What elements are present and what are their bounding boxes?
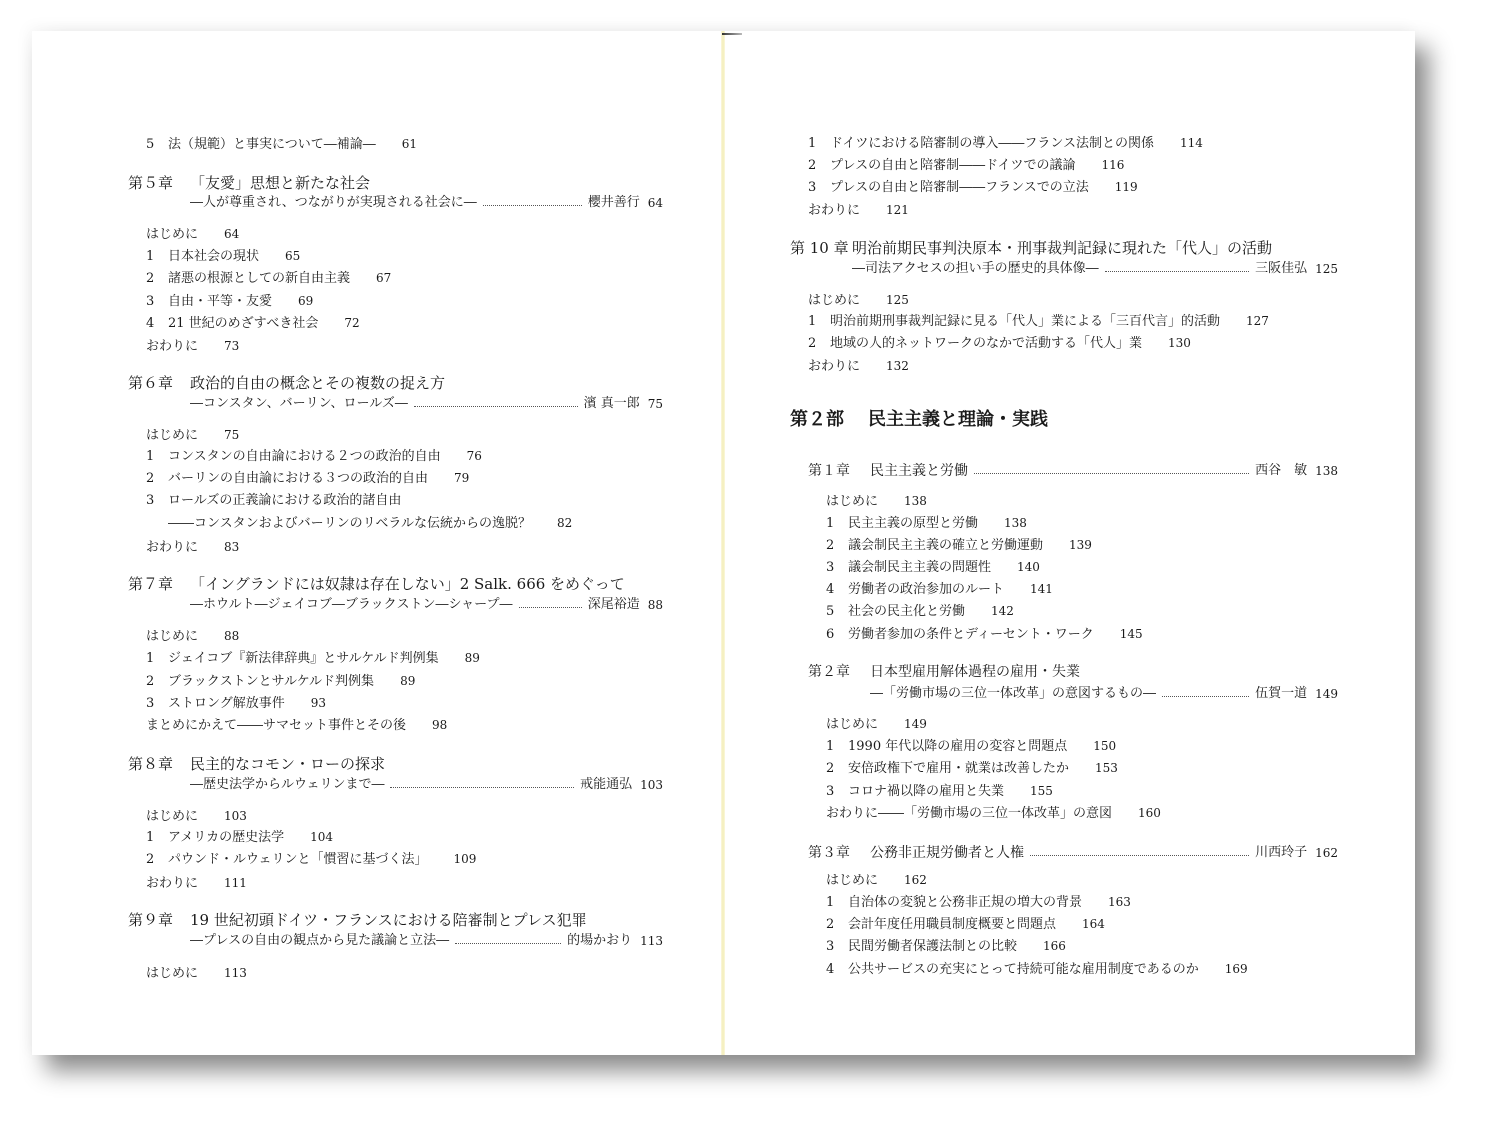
section-number: 5	[826, 603, 848, 621]
chapter-label: 第８章	[128, 754, 190, 774]
section-number: 4	[146, 315, 168, 333]
page-number: 164	[1082, 915, 1105, 933]
part-title: 民主主義と理論・実践	[868, 409, 1048, 430]
section-number: 4	[826, 961, 848, 979]
section-title: 民主主義の原型と労働	[848, 516, 978, 531]
chapter-title: 政治的自由の概念とその複数の捉え方	[190, 374, 445, 392]
chapter-10-subtitle: ―司法アクセスの担い手の歴史的具体像―三阪佳弘125	[852, 260, 1338, 278]
section-number: 2	[146, 470, 168, 488]
page-number: 104	[310, 828, 333, 846]
page-number: 109	[453, 850, 476, 868]
page-number: 138	[1004, 514, 1027, 532]
section-title: はじめに	[146, 428, 198, 443]
section-title: 民間労働者保護法制との比較	[848, 939, 1017, 954]
page-number: 64	[224, 225, 239, 243]
toc-section[interactable]: おわりに73	[128, 337, 239, 356]
toc-section[interactable]: はじめに125	[790, 291, 909, 310]
part2-chapter-2-subtitle: ―「労働市場の三位一体改革」の意図するもの―伍賀一道149	[870, 685, 1338, 703]
right-page: 1ドイツにおける陪審制の導入――フランス法制との関係114 2プレスの自由と陪審…	[790, 31, 1338, 1055]
chapter-label: 第７章	[128, 574, 190, 594]
page-number: 79	[454, 469, 469, 487]
toc-section[interactable]: 3プレスの自由と陪審制――フランスでの立法119	[790, 178, 1138, 197]
toc-section[interactable]: 1明治前期刑事裁判記録に見る「代人」業による「三百代言」的活動127	[790, 312, 1269, 331]
section-number: 3	[146, 695, 168, 713]
section-number: 6	[826, 626, 848, 644]
chapter-subtitle: ―司法アクセスの担い手の歴史的具体像―	[852, 260, 1099, 278]
left-page: 5法（規範）と事実について―補論―61 第５章「友愛」思想と新たな社会 ―人が尊…	[128, 31, 663, 1055]
part2-chapter-2-title[interactable]: 第２章日本型雇用解体過程の雇用・失業	[808, 662, 1080, 682]
toc-section[interactable]: おわりに132	[790, 357, 909, 376]
section-title: はじめに	[826, 873, 878, 888]
chapter-subtitle: ―人が尊重され、つながりが実現される社会に―	[190, 194, 477, 212]
section-title: おわりに	[146, 339, 198, 354]
section-title: おわりに	[146, 540, 198, 555]
chapter-page: 125	[1315, 260, 1338, 278]
section-number: 2	[146, 673, 168, 691]
section-number: 1	[146, 650, 168, 668]
section-number: 4	[826, 581, 848, 599]
page-number: 140	[1017, 558, 1040, 576]
section-title: バーリンの自由論における３つの政治的自由	[168, 471, 428, 486]
page-number: 166	[1043, 937, 1066, 955]
part-2-heading[interactable]: 第２部民主主義と理論・実践	[790, 408, 1048, 432]
section-title: コンスタンの自由論における２つの政治的自由	[168, 449, 441, 464]
page-number: 150	[1093, 737, 1116, 755]
toc-section[interactable]: 3ロールズの正義論における政治的諸自由	[128, 492, 401, 510]
chapter-8-title[interactable]: 第８章民主的なコモン・ローの探求	[128, 754, 385, 774]
page-number: 75	[224, 426, 239, 444]
page-number: 160	[1138, 804, 1161, 822]
section-number: 2	[826, 916, 848, 934]
section-title: ブラックストンとサルケルド判例集	[168, 674, 374, 689]
section-number: 1	[808, 313, 830, 331]
toc-section[interactable]: 4労働者の政治参加のルート141	[808, 580, 1053, 599]
chapter-page: 138	[1315, 461, 1338, 481]
section-title: はじめに	[146, 227, 198, 242]
toc-section[interactable]: おわりに83	[128, 538, 239, 557]
chapter-title: 公務非正規労働者と人権	[870, 843, 1024, 863]
page-number: 76	[467, 447, 482, 465]
page-number: 82	[557, 514, 572, 532]
toc-section[interactable]: 2会計年度任用職員制度概要と問題点164	[808, 915, 1105, 934]
chapter-page: 75	[648, 395, 663, 413]
chapter-title: 民主主義と労働	[870, 461, 968, 481]
chapter-9-subtitle: ―プレスの自由の観点から見た議論と立法―的場かおり113	[190, 932, 663, 950]
toc-section[interactable]: はじめに75	[128, 426, 239, 445]
toc-section[interactable]: 11990 年代以降の雇用の変容と問題点150	[808, 737, 1116, 756]
page-number: 111	[224, 874, 247, 892]
chapter-subtitle: ―ホウルト―ジェイコブ―ブラックストン―シャープ―	[190, 596, 513, 614]
section-number: 1	[146, 829, 168, 847]
section-title: 諸悪の根源としての新自由主義	[168, 271, 350, 286]
section-number: 1	[826, 515, 848, 533]
chapter-label: 第６章	[128, 373, 190, 393]
section-title: 日本社会の現状	[168, 249, 259, 264]
page-number: 72	[344, 314, 359, 332]
section-number: 1	[808, 135, 830, 153]
section-title: ロールズの正義論における政治的諸自由	[168, 493, 401, 508]
section-title: 21 世紀のめざすべき社会	[168, 316, 318, 331]
toc-section[interactable]: 1日本社会の現状65	[128, 247, 300, 266]
chapter-page: 64	[648, 194, 663, 212]
toc-section[interactable]: 2議会制民主主義の確立と労働運動139	[808, 536, 1092, 555]
section-title: 議会制民主主義の問題性	[848, 560, 991, 575]
chapter-label: 第 10 章	[790, 238, 852, 258]
chapter-author: 濱 真一郎	[584, 395, 640, 413]
book-spread: 5法（規範）と事実について―補論―61 第５章「友愛」思想と新たな社会 ―人が尊…	[32, 31, 1415, 1055]
section-number: 2	[146, 270, 168, 288]
toc-section[interactable]: 1アメリカの歴史法学104	[128, 828, 333, 847]
chapter-7-subtitle: ―ホウルト―ジェイコブ―ブラックストン―シャープ―深尾裕造88	[190, 596, 663, 614]
page-number: 69	[298, 292, 313, 310]
chapter-author: 三阪佳弘	[1255, 260, 1307, 278]
page-number: 132	[886, 357, 909, 375]
toc-section[interactable]: 1ジェイコブ『新法律辞典』とサルケルド判例集89	[128, 649, 480, 668]
section-title: はじめに	[146, 809, 198, 824]
toc-section[interactable]: 2ブラックストンとサルケルド判例集89	[128, 672, 415, 691]
leader-dots	[974, 473, 1249, 474]
page-number: 141	[1030, 580, 1053, 598]
section-title: 労働者参加の条件とディーセント・ワーク	[848, 627, 1094, 642]
chapter-title: 19 世紀初頭ドイツ・フランスにおける陪審制とプレス犯罪	[190, 911, 587, 929]
section-title: 法（規範）と事実について―補論―	[168, 137, 376, 152]
chapter-8-subtitle: ―歴史法学からルウェリンまで―戒能通弘103	[190, 776, 663, 794]
section-number: 3	[826, 783, 848, 801]
section-number: 1	[826, 738, 848, 756]
toc-section[interactable]: 1自治体の変貌と公務非正規の増大の背景163	[808, 893, 1131, 912]
section-title: はじめに	[826, 494, 878, 509]
section-title: アメリカの歴史法学	[168, 830, 284, 845]
section-title: プレスの自由と陪審制――フランスでの立法	[830, 180, 1089, 195]
page-number: 89	[465, 649, 480, 667]
gutter-mark	[722, 33, 742, 35]
section-title: 公共サービスの充実にとって持続可能な雇用制度であるのか	[848, 962, 1199, 977]
chapter-5-subtitle: ―人が尊重され、つながりが実現される社会に―櫻井善行64	[190, 194, 663, 212]
section-number: 3	[826, 559, 848, 577]
toc-section[interactable]: 2プレスの自由と陪審制――ドイツでの議論116	[790, 156, 1124, 175]
section-title: ――コンスタンおよびバーリンのリベラルな伝統からの逸脱？	[168, 516, 531, 531]
toc-section[interactable]: 3自由・平等・友愛69	[128, 292, 313, 311]
page-number: 113	[224, 964, 247, 982]
section-title: ジェイコブ『新法律辞典』とサルケルド判例集	[168, 651, 439, 666]
section-title: 会計年度任用職員制度概要と問題点	[848, 917, 1056, 932]
toc-section[interactable]: 2バーリンの自由論における３つの政治的自由79	[128, 469, 469, 488]
section-title: ストロング解放事件	[168, 696, 285, 711]
section-title: おわりに――「労働市場の三位一体改革」の意図	[826, 806, 1112, 821]
toc-section[interactable]: 2パウンド・ルウェリンと「慣習に基づく法」109	[128, 850, 476, 869]
page-number: 163	[1108, 893, 1131, 911]
page-number: 98	[432, 716, 447, 734]
section-title: はじめに	[826, 717, 878, 732]
toc-section[interactable]: おわりに111	[128, 874, 247, 893]
section-number: 1	[146, 248, 168, 266]
leader-dots	[1030, 855, 1249, 856]
toc-section[interactable]: 1コンスタンの自由論における２つの政治的自由76	[128, 447, 482, 466]
toc-section[interactable]: 6労働者参加の条件とディーセント・ワーク145	[808, 625, 1143, 644]
leader-dots	[519, 607, 582, 608]
chapter-author: 川西玲子	[1255, 843, 1307, 863]
toc-section[interactable]: 5社会の民主化と労働142	[808, 602, 1014, 621]
chapter-page: 162	[1315, 843, 1338, 863]
toc-section[interactable]: 1民主主義の原型と労働138	[808, 514, 1027, 533]
section-number: 2	[826, 537, 848, 555]
section-title: プレスの自由と陪審制――ドイツでの議論	[830, 158, 1075, 173]
section-number: 5	[146, 136, 168, 154]
toc-section[interactable]: おわりに121	[790, 201, 909, 220]
section-title: パウンド・ルウェリンと「慣習に基づく法」	[168, 852, 427, 867]
section-title: 自治体の変貌と公務非正規の増大の背景	[848, 895, 1082, 910]
page-number: 155	[1030, 782, 1053, 800]
chapter-7-title[interactable]: 第７章「イングランドには奴隷は存在しない」2 Salk. 666 をめぐって	[128, 574, 625, 594]
page-number: 89	[400, 672, 415, 690]
section-title: おわりに	[808, 203, 860, 218]
page-number: 138	[904, 492, 927, 510]
chapter-label: 第５章	[128, 173, 190, 193]
leader-dots	[455, 943, 561, 944]
toc-section[interactable]: 4公共サービスの充実にとって持続可能な雇用制度であるのか169	[808, 960, 1248, 979]
page-number: 149	[904, 715, 927, 733]
chapter-label: 第９章	[128, 910, 190, 930]
section-number: 2	[808, 157, 830, 175]
toc-section[interactable]: 3コロナ禍以降の雇用と失業155	[808, 782, 1053, 801]
chapter-page: 103	[640, 776, 663, 794]
leader-dots	[390, 787, 574, 788]
toc-section[interactable]: はじめに103	[128, 807, 247, 826]
page-number: 139	[1069, 536, 1092, 554]
toc-section-continuation[interactable]: ――コンスタンおよびバーリンのリベラルな伝統からの逸脱？82	[128, 514, 572, 533]
section-title: 明治前期刑事裁判記録に見る「代人」業による「三百代言」的活動	[830, 314, 1220, 329]
toc-section[interactable]: 421 世紀のめざすべき社会72	[128, 314, 360, 333]
page-number: 65	[285, 247, 300, 265]
section-number: 3	[808, 179, 830, 197]
page-number: 142	[991, 602, 1014, 620]
page-number: 169	[1225, 960, 1248, 978]
page-number: 145	[1120, 625, 1143, 643]
chapter-label: 第１章	[808, 461, 870, 481]
part-label: 第２部	[790, 408, 868, 432]
section-title: まとめにかえて――サマセット事件とその後	[146, 718, 406, 733]
toc-section[interactable]: はじめに88	[128, 627, 239, 646]
part2-chapter-1-title[interactable]: 第１章民主主義と労働西谷 敏138	[808, 461, 1338, 481]
page-gutter	[721, 31, 725, 1055]
section-title: 社会の民主化と労働	[848, 604, 965, 619]
section-title: 地域の人的ネットワークのなかで活動する「代人」業	[830, 336, 1142, 351]
chapter-subtitle: ―歴史法学からルウェリンまで―	[190, 776, 384, 794]
chapter-author: 伍賀一道	[1255, 685, 1307, 703]
section-title: ドイツにおける陪審制の導入――フランス法制との関係	[830, 136, 1154, 151]
chapter-6-subtitle: ―コンスタン、バーリン、ロールズ―濱 真一郎75	[190, 395, 663, 413]
page-number: 61	[402, 135, 417, 153]
toc-section[interactable]: 1ドイツにおける陪審制の導入――フランス法制との関係114	[790, 134, 1203, 153]
chapter-author: 西谷 敏	[1255, 461, 1307, 481]
toc-section[interactable]: はじめに64	[128, 225, 239, 244]
toc-section[interactable]: はじめに162	[808, 871, 927, 890]
chapter-subtitle: ―コンスタン、バーリン、ロールズ―	[190, 395, 408, 413]
section-title: 議会制民主主義の確立と労働運動	[848, 538, 1043, 553]
section-title: 労働者の政治参加のルート	[848, 582, 1004, 597]
toc-section[interactable]: 2諸悪の根源としての新自由主義67	[128, 269, 391, 288]
section-number: 3	[146, 293, 168, 311]
toc-section[interactable]: はじめに149	[808, 715, 927, 734]
leader-dots	[1105, 271, 1249, 272]
page-number: 162	[904, 871, 927, 889]
section-title: はじめに	[146, 966, 198, 981]
toc-section[interactable]: はじめに138	[808, 492, 927, 511]
section-number: 2	[826, 760, 848, 778]
section-title: 自由・平等・友愛	[168, 294, 272, 309]
page-number: 67	[376, 269, 391, 287]
page-number: 88	[224, 627, 239, 645]
page-number: 116	[1101, 156, 1124, 174]
page-number: 83	[224, 538, 239, 556]
leader-dots	[1162, 696, 1249, 697]
page-number: 119	[1115, 178, 1138, 196]
chapter-author: 戒能通弘	[580, 776, 632, 794]
chapter-subtitle: ―プレスの自由の観点から見た議論と立法―	[190, 932, 449, 950]
chapter-title: 民主的なコモン・ローの探求	[190, 755, 385, 773]
chapter-6-title[interactable]: 第６章政治的自由の概念とその複数の捉え方	[128, 373, 445, 393]
chapter-9-title[interactable]: 第９章19 世紀初頭ドイツ・フランスにおける陪審制とプレス犯罪	[128, 910, 587, 930]
leader-dots	[414, 406, 578, 407]
page-number: 93	[311, 694, 326, 712]
chapter-title: 日本型雇用解体過程の雇用・失業	[870, 664, 1080, 680]
chapter-author: 櫻井善行	[588, 194, 640, 212]
section-number: 2	[146, 851, 168, 869]
section-number: 1	[826, 894, 848, 912]
section-title: コロナ禍以降の雇用と失業	[848, 784, 1004, 799]
page-number: 127	[1246, 312, 1269, 330]
chapter-title: 明治前期民事判決原本・刑事裁判記録に現れた「代人」の活動	[852, 239, 1272, 257]
page-number: 103	[224, 807, 247, 825]
chapter-title: 「イングランドには奴隷は存在しない」2 Salk. 666 をめぐって	[190, 575, 625, 593]
chapter-10-title[interactable]: 第 10 章明治前期民事判決原本・刑事裁判記録に現れた「代人」の活動	[790, 238, 1272, 258]
toc-section[interactable]: 3民間労働者保護法制との比較166	[808, 937, 1066, 956]
toc-section[interactable]: 3ストロング解放事件93	[128, 694, 326, 713]
toc-section[interactable]: 2地域の人的ネットワークのなかで活動する「代人」業130	[790, 334, 1191, 353]
section-title: 安倍政権下で雇用・就業は改善したか	[848, 761, 1069, 776]
chapter-5-title[interactable]: 第５章「友愛」思想と新たな社会	[128, 173, 370, 193]
section-number: 1	[146, 448, 168, 466]
toc-section[interactable]: まとめにかえて――サマセット事件とその後98	[128, 716, 447, 735]
page-number: 130	[1168, 334, 1191, 352]
toc-section[interactable]: おわりに――「労働市場の三位一体改革」の意図160	[808, 804, 1161, 823]
section-title: おわりに	[808, 359, 860, 374]
chapter-label: 第３章	[808, 843, 870, 863]
chapter-author: 深尾裕造	[588, 596, 640, 614]
section-title: はじめに	[146, 629, 198, 644]
toc-section[interactable]: 5法（規範）と事実について―補論―61	[128, 135, 417, 154]
page-number: 114	[1180, 134, 1203, 152]
page-number: 125	[886, 291, 909, 309]
chapter-author: 的場かおり	[567, 932, 632, 950]
part2-chapter-3-title[interactable]: 第３章公務非正規労働者と人権川西玲子162	[808, 843, 1338, 863]
chapter-page: 113	[640, 932, 663, 950]
chapter-title: 「友愛」思想と新たな社会	[190, 174, 370, 192]
toc-section[interactable]: 2安倍政権下で雇用・就業は改善したか153	[808, 759, 1118, 778]
section-title: はじめに	[808, 293, 860, 308]
chapter-subtitle: ―「労働市場の三位一体改革」の意図するもの―	[870, 685, 1156, 703]
page-number: 121	[886, 201, 909, 219]
toc-section[interactable]: 3議会制民主主義の問題性140	[808, 558, 1040, 577]
section-number: 3	[146, 492, 168, 510]
leader-dots	[483, 205, 582, 206]
page-number: 73	[224, 337, 239, 355]
chapter-page: 88	[648, 596, 663, 614]
section-title: おわりに	[146, 876, 198, 891]
toc-section[interactable]: はじめに113	[128, 964, 247, 983]
section-title: 1990 年代以降の雇用の変容と問題点	[848, 739, 1067, 754]
section-number: 2	[808, 335, 830, 353]
section-number: 3	[826, 938, 848, 956]
page-number: 153	[1095, 759, 1118, 777]
chapter-label: 第２章	[808, 662, 870, 682]
chapter-page: 149	[1315, 685, 1338, 703]
